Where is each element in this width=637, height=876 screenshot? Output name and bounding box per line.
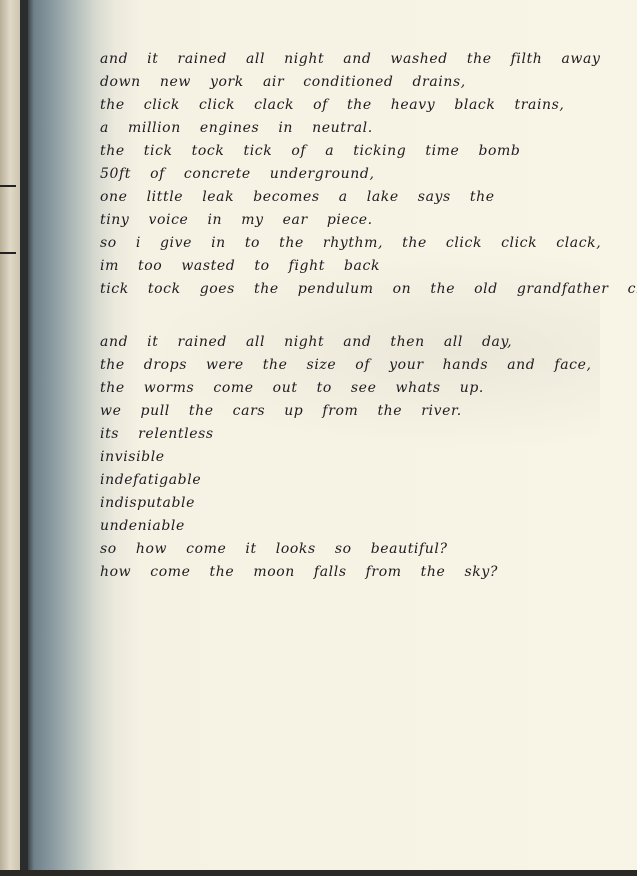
poem-line: undeniable xyxy=(100,515,620,538)
poem-line: 50ft of concrete underground, xyxy=(100,163,620,186)
handwritten-poem: and it rained all night and washed the f… xyxy=(100,48,620,584)
poem-line: the click click clack of the heavy black… xyxy=(100,94,620,117)
notebook-spine-edge xyxy=(0,0,22,876)
poem-line: and it rained all night and washed the f… xyxy=(100,48,620,71)
poem-line: so i give in to the rhythm, the click cl… xyxy=(100,232,620,255)
poem-line: indefatigable xyxy=(100,469,620,492)
poem-line: the drops were the size of your hands an… xyxy=(100,354,620,377)
poem-line: invisible xyxy=(100,446,620,469)
poem-line: down new york air conditioned drains, xyxy=(100,71,620,94)
page-edge-mark xyxy=(0,185,16,187)
poem-line: its relentless xyxy=(100,423,620,446)
poem-line: tiny voice in my ear piece. xyxy=(100,209,620,232)
poem-line: one little leak becomes a lake says the xyxy=(100,186,620,209)
poem-line: so how come it looks so beautiful? xyxy=(100,538,620,561)
notebook-page: and it rained all night and washed the f… xyxy=(0,0,637,876)
poem-line: the tick tock tick of a ticking time bom… xyxy=(100,140,620,163)
poem-line: and it rained all night and then all day… xyxy=(100,331,620,354)
page-edge-mark xyxy=(0,252,16,254)
poem-line: how come the moon falls from the sky? xyxy=(100,561,620,584)
page-bottom-edge xyxy=(0,870,637,876)
poem-line: we pull the cars up from the river. xyxy=(100,400,620,423)
stanza-gap xyxy=(100,301,620,331)
poem-line: a million engines in neutral. xyxy=(100,117,620,140)
poem-line: indisputable xyxy=(100,492,620,515)
stanza-1: and it rained all night and washed the f… xyxy=(100,48,620,301)
poem-line: im too wasted to fight back xyxy=(100,255,620,278)
poem-line: tick tock goes the pendulum on the old g… xyxy=(100,278,620,301)
stanza-2: and it rained all night and then all day… xyxy=(100,331,620,584)
notebook-binding xyxy=(20,0,28,876)
poem-line: the worms come out to see whats up. xyxy=(100,377,620,400)
